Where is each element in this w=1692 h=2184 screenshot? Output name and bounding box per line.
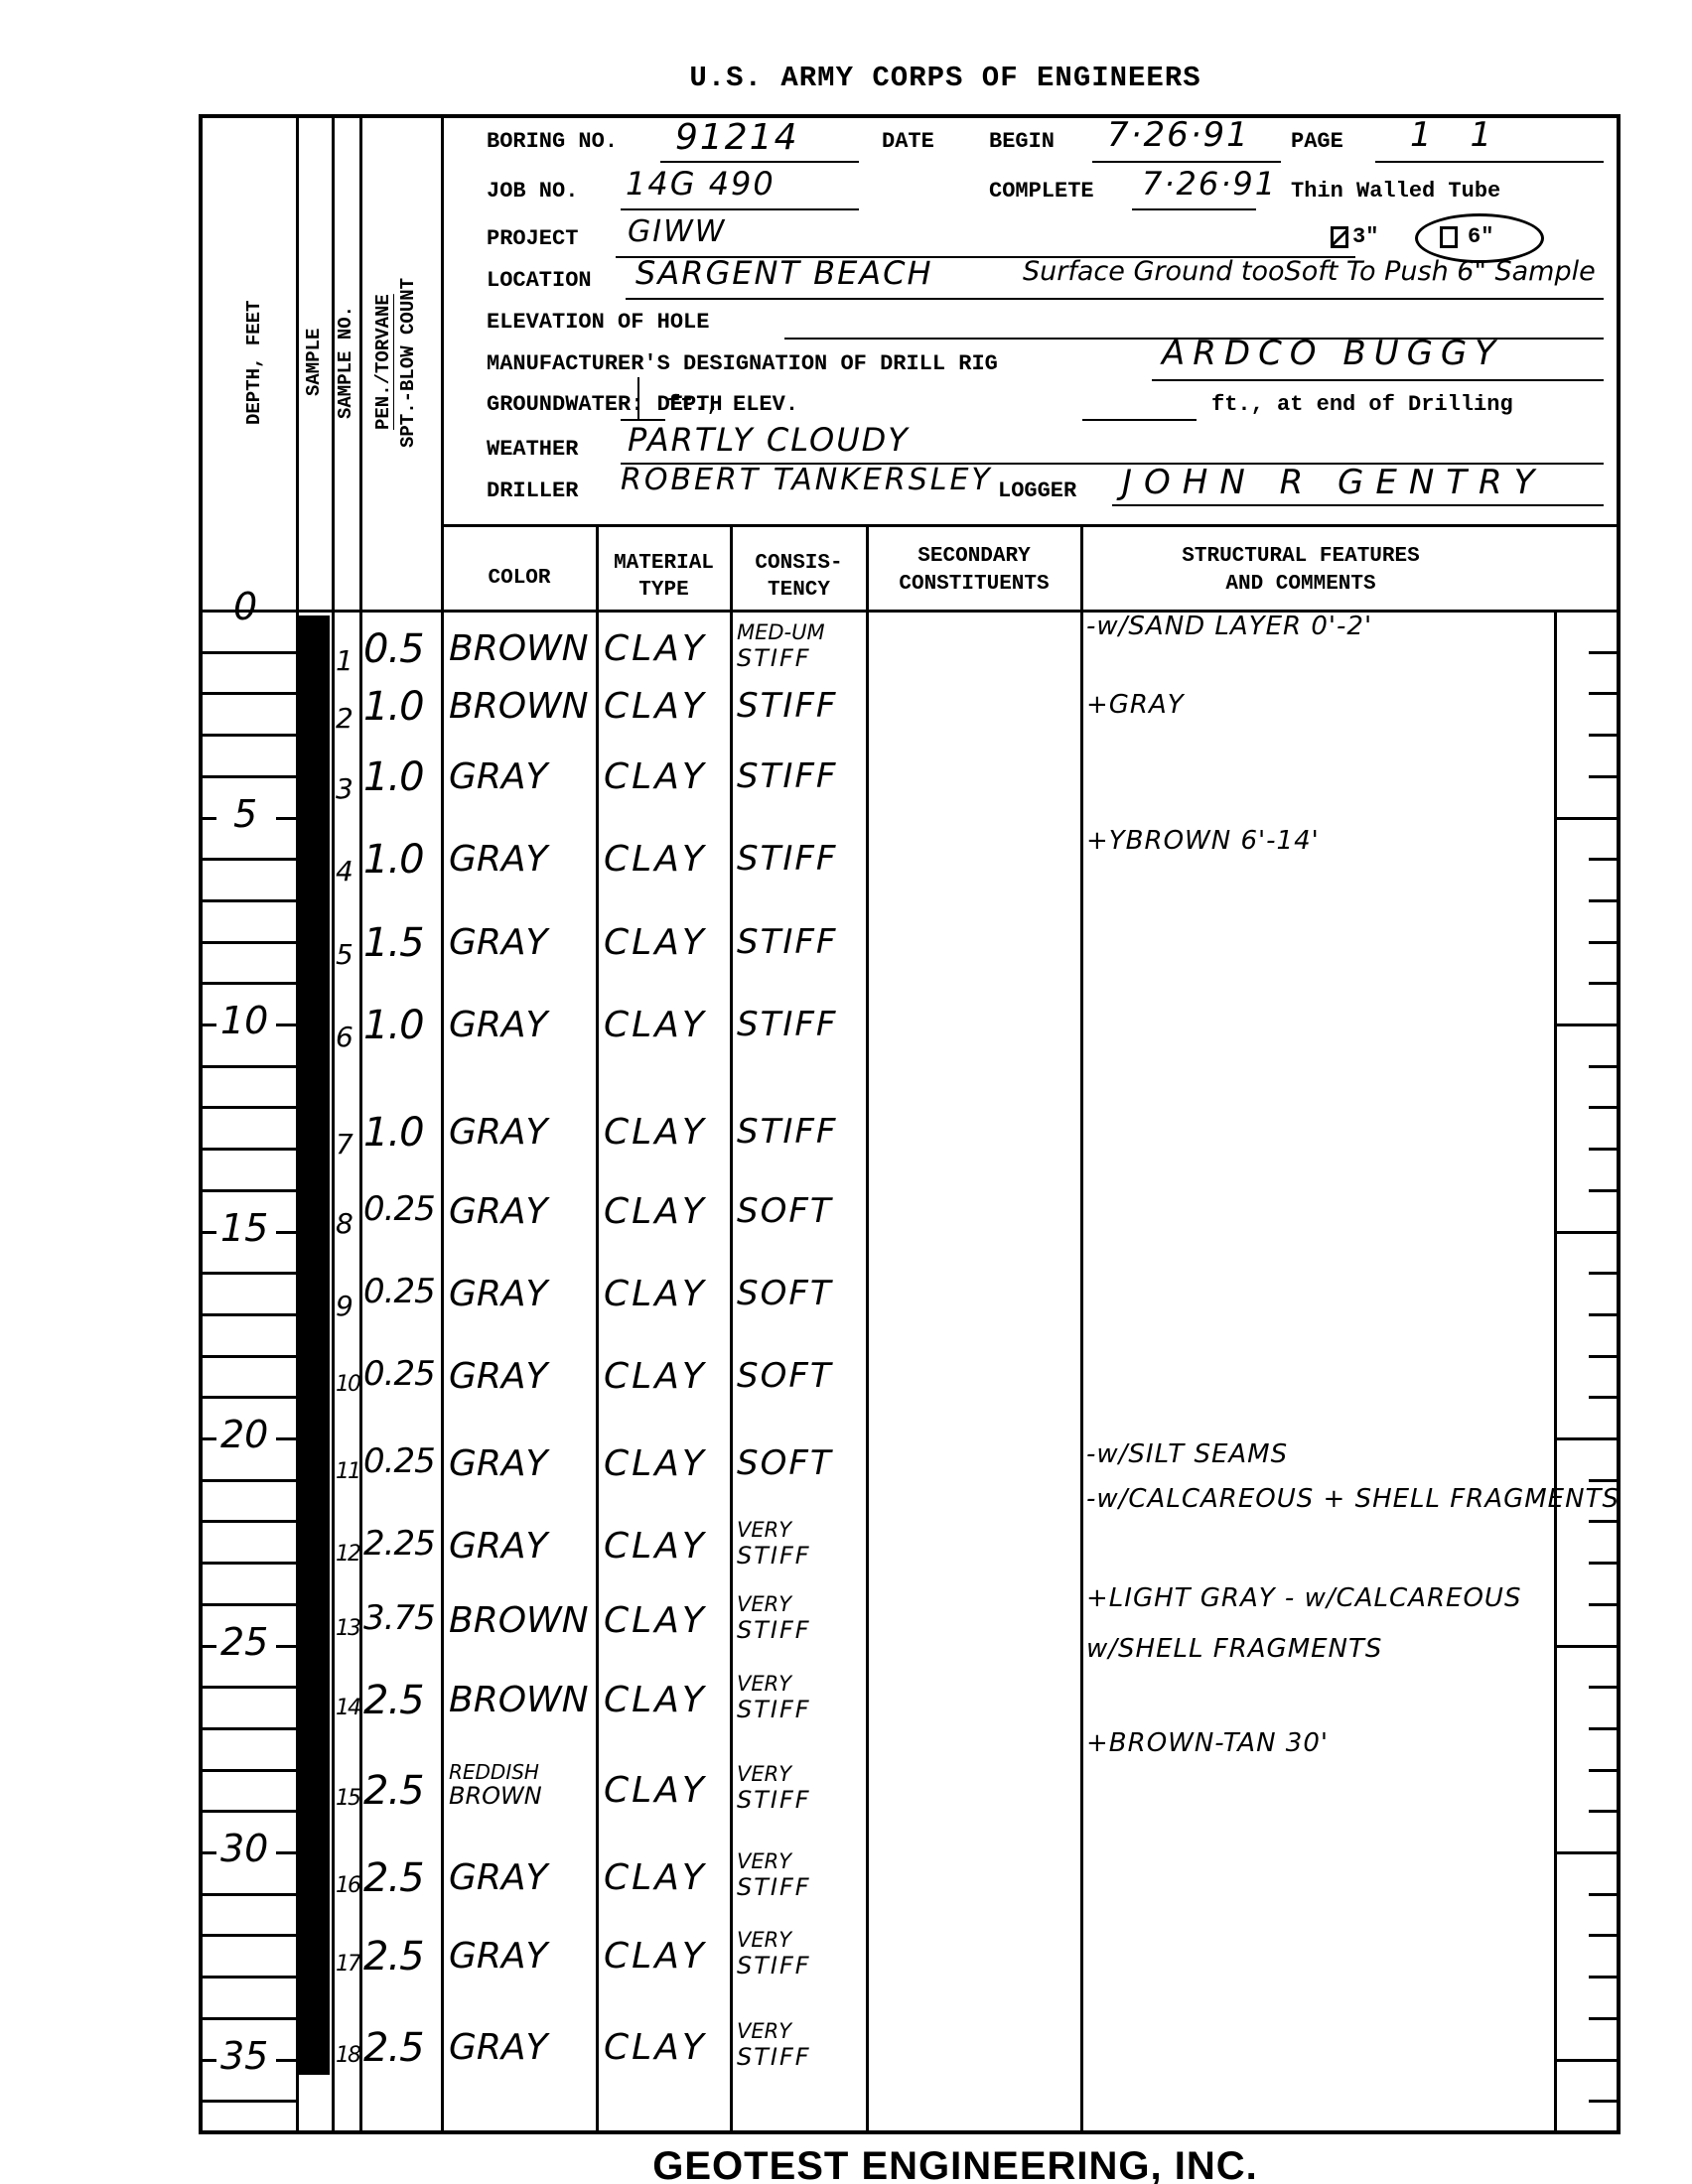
depth-label: 30: [220, 1827, 268, 1870]
weather-label: WEATHER: [487, 437, 578, 462]
project-value: GIWW: [628, 214, 726, 249]
scale-tick: [1589, 982, 1621, 985]
color-value: GRAY: [449, 1936, 548, 1977]
color-value: GRAY: [449, 1274, 548, 1314]
color-value: REDDISH: [449, 1760, 539, 1784]
depth-tick: [199, 1189, 296, 1192]
divider-color-material: [596, 526, 599, 2134]
consistency-header-1: CONSIS-: [732, 551, 866, 577]
pen-torvane-value: 0.25: [363, 1189, 435, 1229]
sample-no: 5: [336, 938, 352, 971]
consistency-value: STIFF: [737, 1542, 811, 1570]
depth-tick: [199, 1810, 296, 1813]
tube-6in-label: 6": [1468, 224, 1493, 249]
material-value: CLAY: [604, 1936, 707, 1977]
comment-text: -w/SAND LAYER 0'-2': [1086, 612, 1372, 641]
consistency-value: STIFF: [737, 1616, 811, 1644]
page-value: 1 1: [1410, 115, 1505, 155]
depth-tick: [276, 1437, 296, 1440]
depth-tick: [199, 2100, 296, 2103]
depth-tick: [199, 1727, 296, 1730]
scale-tick: [1589, 1727, 1621, 1730]
material-value: CLAY: [604, 1191, 707, 1232]
sample-no: 3: [336, 772, 352, 805]
scale-tick: [1554, 2059, 1621, 2062]
depth-tick: [199, 899, 296, 902]
scale-tick: [1589, 1065, 1621, 1068]
end-of-drilling-label: ft., at end of Drilling: [1211, 392, 1513, 417]
consistency-value: STIFF: [737, 1786, 811, 1814]
begin-label: BEGIN: [989, 129, 1055, 154]
consistency-value: STIFF: [737, 686, 838, 726]
scale-tick: [1554, 1231, 1621, 1234]
consistency-value: STIFF: [737, 1696, 811, 1723]
scale-tick: [1589, 775, 1621, 778]
consistency-value: SOFT: [737, 1443, 833, 1483]
scale-tick: [1589, 1976, 1621, 1979]
depth-tick: [199, 817, 216, 820]
scale-tick: [1589, 1313, 1621, 1316]
depth-label: 0: [233, 585, 257, 628]
depth-tick: [276, 1024, 296, 1026]
consistency-value: STIFF: [737, 1873, 811, 1901]
scale-tick: [1589, 1893, 1621, 1896]
structural-header-2: AND COMMENTS: [1082, 572, 1519, 598]
secondary-header-1: SECONDARY: [868, 544, 1080, 570]
sample-no: 16: [336, 1873, 359, 1898]
spt-blow-count-header: SPT.-BLOW COUNT: [397, 149, 419, 576]
material-value: CLAY: [604, 628, 707, 669]
color-value: BROWN: [449, 686, 589, 727]
depth-tick: [199, 941, 296, 944]
depth-tick: [199, 692, 296, 695]
boring-no-label: BORING NO.: [487, 129, 618, 154]
depth-tick: [199, 1893, 296, 1896]
comment-text: +GRAY: [1086, 690, 1185, 720]
depth-tick: [199, 1313, 296, 1316]
agency-title: U.S. ARMY CORPS OF ENGINEERS: [99, 62, 1692, 94]
color-value: GRAY: [449, 1526, 548, 1567]
scale-tick: [1589, 1148, 1621, 1151]
consistency-value: STIFF: [737, 756, 838, 796]
material-header-1: MATERIAL: [598, 551, 730, 577]
color-value: GRAY: [449, 1356, 548, 1397]
pen-torvane-value: 0.25: [363, 1354, 435, 1394]
scale-tick: [1589, 1396, 1621, 1399]
page-label: PAGE: [1291, 129, 1343, 154]
depth-label: 35: [220, 2034, 268, 2078]
sample-no: 15: [336, 1786, 359, 1811]
color-value: GRAY: [449, 1857, 548, 1898]
depth-tick: [199, 1934, 296, 1937]
scale-tick: [1589, 1520, 1621, 1523]
material-value: CLAY: [604, 839, 707, 880]
scale-tick: [1589, 1934, 1621, 1937]
depth-tick: [199, 1272, 296, 1275]
company-footer: GEOTEST ENGINEERING, INC.: [109, 2144, 1692, 2184]
secondary-header-2: CONSTITUENTS: [868, 572, 1080, 598]
color-value: BROWN: [449, 1600, 589, 1641]
depth-label: 20: [220, 1413, 268, 1456]
consistency-value: STIFF: [737, 1112, 838, 1152]
depth-tick: [199, 2017, 296, 2020]
consistency-value: VERY: [737, 1849, 791, 1873]
begin-date-value: 7·26·91: [1107, 115, 1250, 155]
pen-torvane-value: 1.0: [363, 754, 424, 800]
pen-torvane-value: 0.5: [363, 626, 424, 672]
consistency-value: STIFF: [737, 839, 838, 879]
location-value: SARGENT BEACH: [635, 254, 933, 292]
depth-tick: [199, 610, 216, 613]
depth-tick: [199, 1976, 296, 1979]
material-value: CLAY: [604, 756, 707, 797]
comment-text: w/SHELL FRAGMENTS: [1086, 1634, 1382, 1664]
material-value: CLAY: [604, 1770, 707, 1811]
depth-tick: [276, 1231, 296, 1234]
project-label: PROJECT: [487, 226, 578, 251]
scale-tick: [1554, 1437, 1621, 1440]
logger-label: LOGGER: [998, 478, 1076, 503]
depth-tick: [199, 1437, 216, 1440]
sample-no: 18: [336, 2043, 359, 2068]
scale-tick: [1589, 734, 1621, 737]
color-value: GRAY: [449, 922, 548, 963]
depth-tick: [276, 1851, 296, 1854]
scale-tick: [1589, 651, 1621, 654]
complete-label: COMPLETE: [989, 179, 1094, 204]
consistency-value: VERY: [737, 1592, 791, 1616]
depth-tick: [276, 2059, 296, 2062]
consistency-value: STIFF: [737, 922, 838, 962]
divider-secondary-comments: [1080, 526, 1083, 2134]
scale-tick: [1589, 1106, 1621, 1109]
logger-value: JOHN R GENTRY: [1122, 463, 1546, 502]
sample-no: 6: [336, 1021, 352, 1053]
material-value: CLAY: [604, 1443, 707, 1484]
consistency-header-2: TENCY: [732, 578, 866, 604]
location-note: Surface Ground tooSoft To Push 6" Sample: [1023, 256, 1596, 287]
material-value: CLAY: [604, 1857, 707, 1898]
date-label: DATE: [882, 129, 934, 154]
header-divider: [441, 524, 1621, 527]
color-value: GRAY: [449, 1005, 548, 1045]
depth-tick: [199, 982, 296, 985]
material-value: CLAY: [604, 2027, 707, 2068]
sample-no: 13: [336, 1616, 359, 1641]
pen-torvane-value: 2.5: [363, 1678, 424, 1723]
scale-tick: [1589, 1603, 1621, 1606]
tube-3in-checkbox[interactable]: [1331, 226, 1348, 248]
depth-tick: [276, 610, 296, 613]
scale-tick: [1589, 2100, 1621, 2103]
color-value: BROWN: [449, 1782, 542, 1810]
scale-tick: [1589, 1686, 1621, 1689]
sample-no: 12: [336, 1542, 359, 1567]
tube-3in-label: 3": [1352, 224, 1378, 249]
depth-tick: [199, 734, 296, 737]
driller-label: DRILLER: [487, 478, 578, 503]
comment-text: +BROWN-TAN 30': [1086, 1728, 1329, 1758]
depth-tick: [199, 1686, 296, 1689]
depth-tick: [199, 1603, 296, 1606]
sample-no: 1: [336, 644, 352, 677]
consistency-value: STIFF: [737, 2043, 811, 2071]
consistency-value: STIFF: [737, 1952, 811, 1979]
pen-torvane-value: 1.5: [363, 920, 424, 966]
pen-torvane-value: 2.25: [363, 1524, 435, 1564]
material-value: CLAY: [604, 686, 707, 727]
material-value: CLAY: [604, 1112, 707, 1153]
scale-tick: [1589, 692, 1621, 695]
depth-tick: [199, 1148, 296, 1151]
depth-tick: [199, 1479, 296, 1482]
color-header: COLOR: [443, 566, 596, 592]
depth-tick: [199, 651, 296, 654]
scale-tick: [1589, 1562, 1621, 1565]
depth-feet-header: DEPTH, FEET: [243, 149, 265, 576]
scale-tick: [1589, 1272, 1621, 1275]
comment-text: +LIGHT GRAY - w/CALCAREOUS: [1086, 1583, 1521, 1613]
pen-torvane-value: 0.25: [363, 1272, 435, 1311]
color-value: GRAY: [449, 1443, 548, 1484]
pen-torvane-value: 2.5: [363, 2025, 424, 2071]
depth-tick: [199, 1106, 296, 1109]
consistency-value: VERY: [737, 1762, 791, 1786]
drill-rig-value: ARDCO BUGGY: [1162, 334, 1503, 373]
comment-text: -w/CALCAREOUS + SHELL FRAGMENTS: [1086, 1484, 1620, 1514]
pen-torvane-value: 1.0: [363, 1110, 424, 1156]
depth-tick: [199, 1645, 216, 1648]
depth-tick: [199, 775, 296, 778]
structural-header-1: STRUCTURAL FEATURES: [1082, 544, 1519, 570]
pen-torvane-value: 1.0: [363, 837, 424, 883]
depth-tick: [199, 1769, 296, 1772]
material-header-2: TYPE: [598, 578, 730, 604]
comment-text: -w/SILT SEAMS: [1086, 1439, 1288, 1469]
thin-walled-tube-label: Thin Walled Tube: [1291, 179, 1500, 204]
sample-no: 7: [336, 1128, 352, 1160]
depth-tick: [199, 1520, 296, 1523]
depth-tick: [276, 817, 296, 820]
job-no-value: 14G 490: [626, 165, 775, 203]
boring-no-value: 91214: [675, 117, 799, 158]
scale-tick: [1589, 858, 1621, 861]
sample-no: 4: [336, 855, 352, 887]
consistency-value: STIFF: [737, 1005, 838, 1044]
scale-tick: [1589, 1189, 1621, 1192]
material-value: CLAY: [604, 922, 707, 963]
divider-pen-color: [441, 114, 444, 2134]
scale-tick: [1589, 2017, 1621, 2020]
complete-date-value: 7·26·91: [1142, 165, 1277, 203]
sample-no: 11: [336, 1459, 359, 1484]
consistency-value: VERY: [737, 1928, 791, 1952]
pen-torvane-value: 1.0: [363, 1003, 424, 1048]
depth-tick: [199, 1396, 296, 1399]
divider-comments-scale: [1554, 611, 1557, 2134]
color-value: GRAY: [449, 2027, 548, 2068]
scale-tick: [1589, 941, 1621, 944]
material-value: CLAY: [604, 1526, 707, 1567]
scale-tick: [1589, 1810, 1621, 1813]
scale-tick: [1589, 1355, 1621, 1358]
scale-tick: [1589, 899, 1621, 902]
color-value: BROWN: [449, 1680, 589, 1720]
pen-torvane-value: 1.0: [363, 684, 424, 730]
consistency-value: STIFF: [737, 644, 811, 672]
sample-no: 9: [336, 1290, 352, 1322]
sample-no: 8: [336, 1207, 352, 1240]
job-no-label: JOB NO.: [487, 179, 578, 204]
pen-torvane-value: 3.75: [363, 1598, 435, 1638]
depth-tick: [199, 1065, 296, 1068]
depth-tick: [199, 1024, 216, 1026]
consistency-value: MED-UM: [737, 620, 825, 644]
location-label: LOCATION: [487, 268, 592, 293]
color-value: GRAY: [449, 839, 548, 880]
groundwater-depth-value: [637, 377, 639, 419]
divider-consistency-secondary: [866, 526, 869, 2134]
sample-no: 17: [336, 1952, 359, 1977]
depth-label: 10: [220, 999, 268, 1042]
material-value: CLAY: [604, 1356, 707, 1397]
scale-tick: [1589, 1479, 1621, 1482]
consistency-value: SOFT: [737, 1274, 833, 1313]
pen-torvane-header: PEN./TORVANE: [372, 149, 394, 576]
material-value: CLAY: [604, 1680, 707, 1720]
ft-elev-label: ft., ELEV.: [667, 392, 798, 417]
depth-label: 15: [220, 1206, 268, 1250]
scale-tick: [1589, 610, 1621, 613]
elevation-label: ELEVATION OF HOLE: [487, 310, 709, 335]
sample-no-header: SAMPLE NO.: [335, 149, 356, 576]
divider-material-consistency: [730, 526, 733, 2134]
scale-tick: [1554, 1024, 1621, 1026]
color-value: GRAY: [449, 1112, 548, 1153]
pen-torvane-value: 2.5: [363, 1934, 424, 1979]
material-value: CLAY: [604, 1600, 707, 1641]
scale-tick: [1589, 1769, 1621, 1772]
depth-tick: [199, 1562, 296, 1565]
tube-6in-checkbox[interactable]: [1440, 226, 1458, 248]
sample-no: 10: [336, 1372, 359, 1397]
depth-label: 5: [233, 792, 257, 836]
pen-torvane-value: 2.5: [363, 1768, 424, 1814]
sample-header: SAMPLE: [303, 149, 325, 576]
depth-tick: [199, 2059, 216, 2062]
depth-tick: [199, 1231, 216, 1234]
table-header-divider: [199, 610, 1621, 613]
depth-tick: [199, 1851, 216, 1854]
depth-tick: [199, 858, 296, 861]
scale-tick: [1554, 817, 1621, 820]
color-value: GRAY: [449, 756, 548, 797]
comment-text: +YBROWN 6'-14': [1086, 826, 1320, 856]
consistency-value: SOFT: [737, 1356, 833, 1396]
pen-torvane-value: 2.5: [363, 1855, 424, 1901]
consistency-value: SOFT: [737, 1191, 833, 1231]
sample-recovery-bar: [298, 615, 330, 2075]
consistency-value: VERY: [737, 1672, 791, 1696]
material-value: CLAY: [604, 1274, 707, 1314]
material-value: CLAY: [604, 1005, 707, 1045]
consistency-value: VERY: [737, 2019, 791, 2043]
depth-tick: [276, 1645, 296, 1648]
color-value: BROWN: [449, 628, 589, 669]
scale-tick: [1554, 1645, 1621, 1648]
color-value: GRAY: [449, 1191, 548, 1232]
drill-rig-label: MANUFACTURER'S DESIGNATION OF DRILL RIG: [487, 351, 998, 376]
pen-torvane-value: 0.25: [363, 1441, 435, 1481]
driller-value: ROBERT TANKERSLEY: [621, 463, 993, 497]
depth-tick: [199, 1355, 296, 1358]
weather-value: PARTLY CLOUDY: [628, 421, 910, 459]
depth-label: 25: [220, 1620, 268, 1664]
consistency-value: VERY: [737, 1518, 791, 1542]
scale-tick: [1554, 1851, 1621, 1854]
divider-sampleno-pen: [359, 114, 362, 2134]
sample-no: 2: [336, 702, 352, 735]
sample-no: 14: [336, 1696, 359, 1720]
